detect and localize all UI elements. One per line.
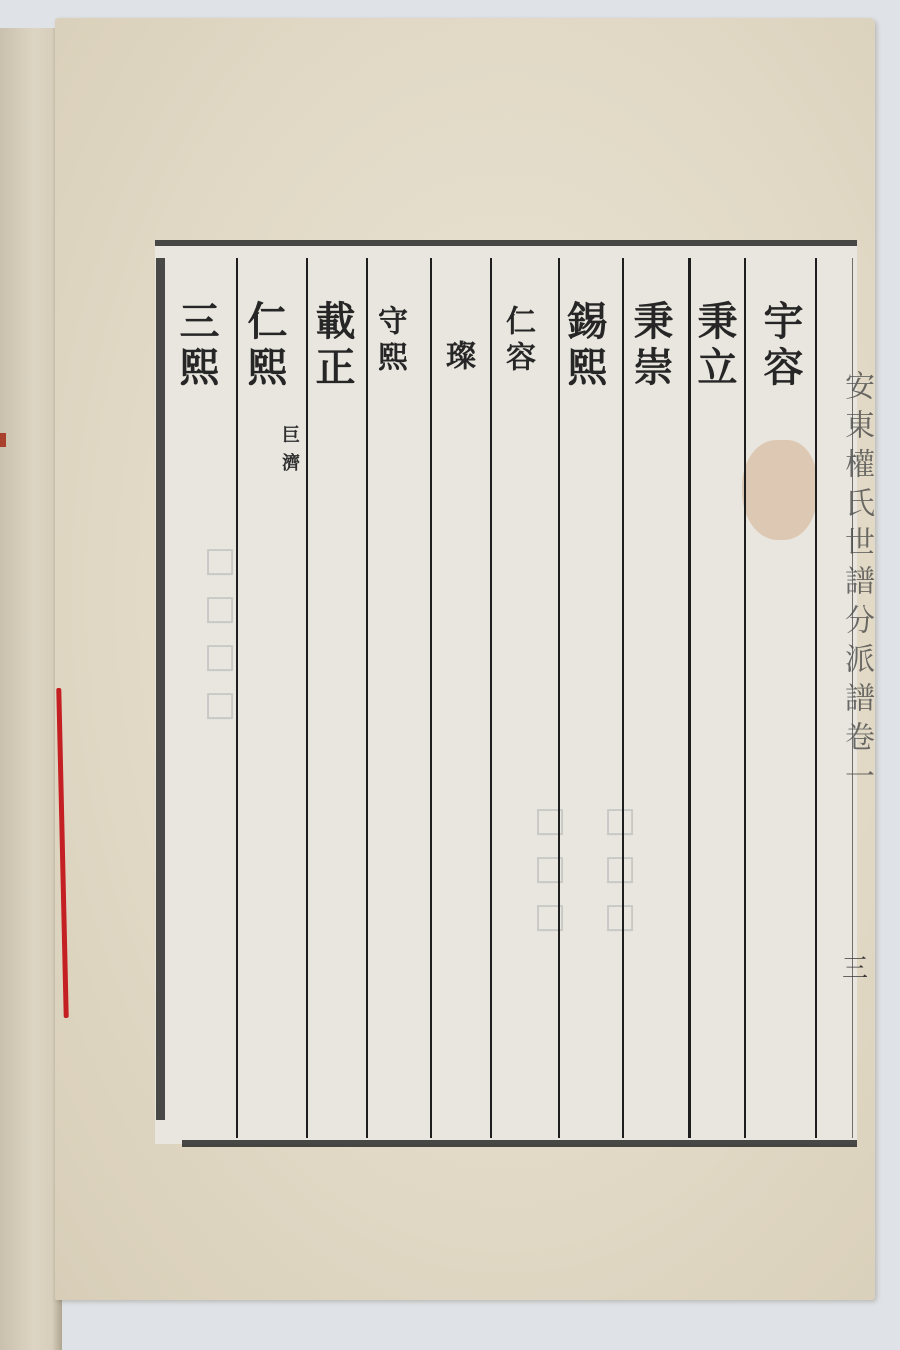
column-rule <box>744 258 746 1138</box>
margin-running-title: 安東權氏世譜分派譜卷一 <box>834 370 878 799</box>
column-rule <box>366 258 368 1138</box>
column-name-10: 三熙 <box>176 300 216 392</box>
column-rule <box>490 258 492 1138</box>
column-rule <box>236 258 238 1138</box>
frame-left-border <box>156 258 165 1120</box>
water-stain <box>742 440 817 540</box>
red-mark <box>0 433 6 447</box>
column-name-6: 璨 <box>442 340 472 376</box>
column-rule <box>622 258 624 1138</box>
column-rule <box>306 258 308 1138</box>
show-through-text: □□□ <box>600 800 640 944</box>
show-through-text: □□□□ <box>200 540 240 732</box>
column-name-8: 載正 <box>312 300 352 392</box>
column-rule <box>815 258 817 1138</box>
column-name-3: 秉崇 <box>630 300 670 392</box>
show-through-text: □□□ <box>530 800 570 944</box>
column-rule <box>430 258 432 1138</box>
column-name-1: 宇容 <box>760 300 800 392</box>
facing-page-edge <box>0 28 62 1350</box>
column-annotation-9: 巨濟 <box>276 425 302 481</box>
column-name-7: 守熙 <box>374 305 404 377</box>
margin-page-mark: 三 <box>842 948 868 985</box>
column-rule <box>558 258 560 1138</box>
column-name-5: 仁容 <box>502 305 532 377</box>
column-name-2: 秉立 <box>694 300 734 392</box>
column-name-4: 錫熙 <box>564 300 604 392</box>
frame-top-border <box>155 240 857 246</box>
column-name-9: 仁熙 <box>244 300 284 392</box>
frame-bottom-border <box>182 1140 857 1147</box>
